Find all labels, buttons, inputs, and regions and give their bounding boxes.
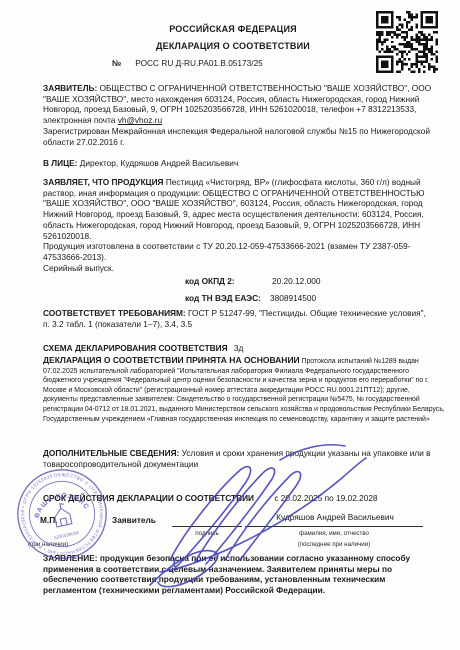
signatory-name: Кудряшов Андрей Васильевич [246,512,424,523]
requirements-label: СООТВЕТСТВУЕТ ТРЕБОВАНИЯМ: [43,308,186,318]
tnved-value: 3808914500 [270,293,316,304]
name-caption: фамилия, имя, отчество [245,530,423,538]
svg-text:ОБЩЕСТВО С ОГРАНИЧЕННОЙ ОТВЕТС: ОБЩЕСТВО С ОГРАНИЧЕННОЙ ОТВЕТСТВЕННОСТЬЮ… [5,457,112,565]
stamp-inn-digits: 5261020018 [54,530,80,540]
country-heading: РОССИЙСКАЯ ФЕДЕРАЦИЯ [40,24,426,35]
signature-line [172,526,242,527]
person-row: В ЛИЦЕ: Директор, Кудряшов Андрей Василь… [43,158,432,169]
applicant-registered: Зарегистрирован Межрайонная инспекция Фе… [43,126,432,147]
applicant-label: ЗАЯВИТЕЛЬ: [43,83,97,93]
mp-label: М.П. [40,515,58,526]
person-label: В ЛИЦЕ: [43,158,77,168]
scheme-row: СХЕМА ДЕКЛАРИРОВАНИЯ СООТВЕТСТВИЯ 3д [43,343,432,354]
stamp-ring-text: ОБЩЕСТВО С ОГРАНИЧЕННОЙ ОТВЕТСТВЕННОСТЬЮ… [5,457,112,565]
name-caption-note: (последнее при наличии) [245,541,423,549]
mp-note: (при наличии) [28,541,68,549]
number-label: № [112,58,121,68]
signature-caption: подпись [172,530,242,538]
person-name: Директор, Кудряшов Андрей Васильевич [80,158,239,168]
declaration-number: РОСС RU Д-RU.РА01.В.05173/25 [135,58,263,68]
statement-label: ЗАЯВЛЕНИЕ: [43,553,98,563]
applicant-role-label: Заявитель [112,515,156,526]
document-title: ДЕКЛАРАЦИЯ О СООТВЕТСТВИИ [40,41,426,52]
applicant-paragraph: ЗАЯВИТЕЛЬ: ОБЩЕСТВО С ОГРАНИЧЕННОЙ ОТВЕТ… [43,83,432,147]
product-label: ЗАЯВЛЯЕТ, ЧТО ПРОДУКЦИЯ [43,177,164,187]
code-tnved-row: код ТН ВЭД ЕАЭС: [185,293,261,304]
validity-label: СРОК ДЕЙСТВИЯ ДЕКЛАРАЦИИ О СООТВЕТСТВИИ [43,493,254,503]
basis-label: ДЕКЛАРАЦИЯ О СООТВЕТСТВИИ ПРИНЯТА НА ОСН… [43,355,300,365]
scheme-value: 3д [234,343,243,353]
declaration-number-row: №РОСС RU Д-RU.РА01.В.05173/25 [112,58,263,69]
additional-paragraph: ДОПОЛНИТЕЛЬНЫЕ СВЕДЕНИЯ: Условия и сроки… [43,448,432,469]
validity-row: СРОК ДЕЙСТВИЯ ДЕКЛАРАЦИИ О СООТВЕТСТВИИ … [43,493,443,504]
code-okpd-row: код ОКПД 2: [185,276,235,287]
product-paragraph: ЗАЯВЛЯЕТ, ЧТО ПРОДУКЦИЯ Пестицид «Чистог… [43,177,434,273]
tnved-label: код ТН ВЭД ЕАЭС: [185,293,261,303]
basis-paragraph: ДЕКЛАРАЦИЯ О СООТВЕТСТВИИ ПРИНЯТА НА ОСН… [43,356,445,424]
applicant-text: ОБЩЕСТВО С ОГРАНИЧЕННОЙ ОТВЕТСТВЕННОСТЬЮ… [43,83,431,125]
validity-dates: с 20.02.2025 по 19.02.2028 [274,493,377,503]
basis-text: Протокола испытаний №1289 выдан 07.02.20… [43,358,445,423]
declaration-document: РОССИЙСКАЯ ФЕДЕРАЦИЯ ДЕКЛАРАЦИЯ О СООТВЕ… [0,0,460,650]
scheme-label: СХЕМА ДЕКЛАРИРОВАНИЯ СООТВЕТСТВИЯ [43,343,228,353]
statement-paragraph: ЗАЯВЛЕНИЕ: продукция безопасна при ее ис… [43,553,435,596]
name-line [245,526,423,527]
okpd-label: код ОКПД 2: [185,276,235,286]
statement-text: продукция безопасна при ее использовании… [43,553,410,595]
additional-label: ДОПОЛНИТЕЛЬНЫЕ СВЕДЕНИЯ: [43,448,179,458]
okpd-value: 20.20.12.000 [272,276,320,287]
requirements-paragraph: СООТВЕТСТВУЕТ ТРЕБОВАНИЯМ: ГОСТ Р 51247-… [43,308,432,329]
product-tu: Продукция изготовлена в соответствии с Т… [43,241,434,262]
applicant-email: vh@vhoz.ru [118,115,162,125]
qr-code [375,11,439,73]
product-serial: Серийный выпуск. [43,263,434,274]
